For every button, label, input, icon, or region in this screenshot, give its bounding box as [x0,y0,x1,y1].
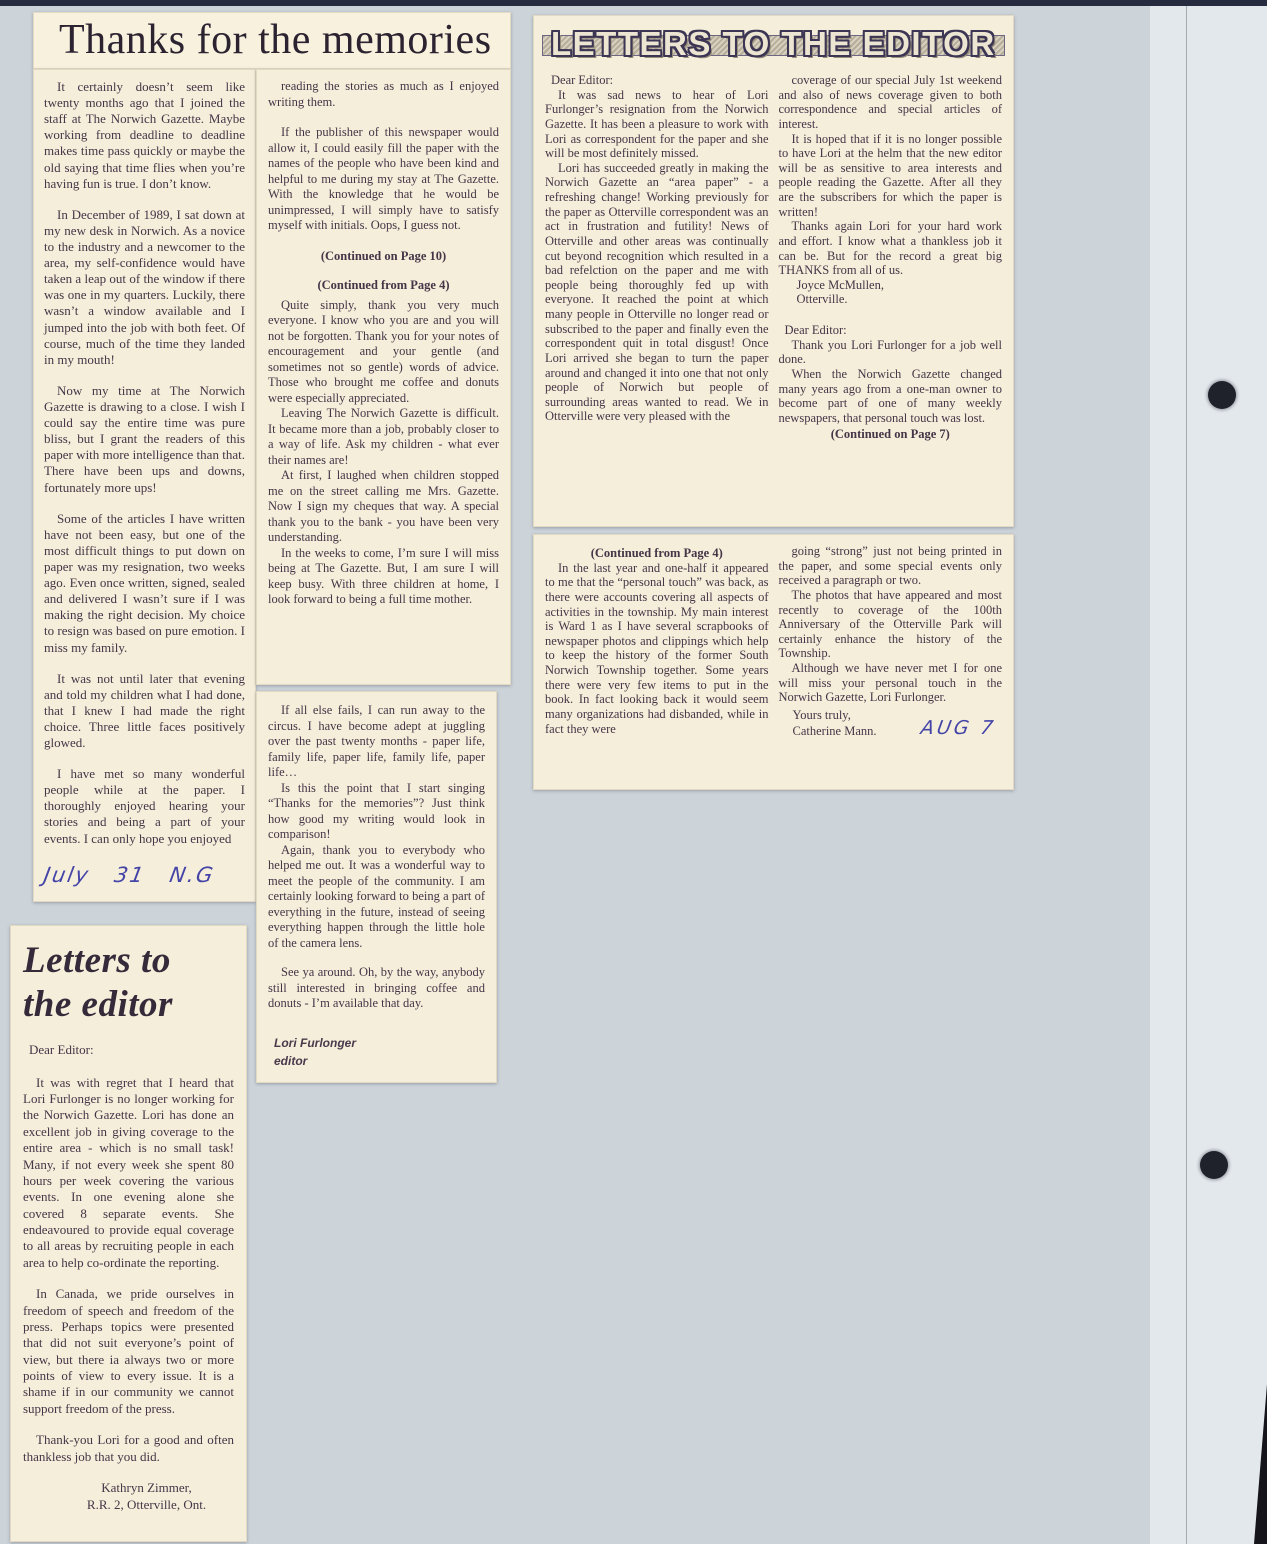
banner-title: LETTERS TO THE EDITOR [551,25,996,63]
paragraph: See ya around. Oh, by the way, anybody s… [268,965,485,1012]
continued-column-1: (Continued from Page 4) In the last year… [545,544,769,739]
handwritten-date-annotation: AUG 7 [919,717,998,739]
continued-column-2: going “strong” just not being printed in… [779,544,1003,739]
paragraph: In the last year and one-half it appeare… [545,561,769,737]
paragraph: Otterville. [779,292,1003,307]
paragraph: Some of the articles I have written have… [44,511,245,656]
letter-paragraphs: coverage of our special July 1st weekend… [779,73,1003,278]
paragraph: The photos that have appeared and most r… [779,588,1003,661]
paragraph: Lori has succeeded greatly in making the… [545,161,769,424]
letters-column-2: coverage of our special July 1st weekend… [779,73,1003,442]
letters-to-editor-small-clipping: Letters tothe editor Dear Editor: It was… [10,925,247,1542]
paragraph: Is this the point that I start singing “… [268,781,485,843]
salutation: Dear Editor: [23,1042,234,1058]
paragraph: Leaving The Norwich Gazette is difficult… [268,406,499,468]
letter-signature: Kathryn Zimmer,R.R. 2, Otterville, Ont. [23,1480,234,1514]
hole-punch [1200,1151,1228,1179]
letter-paragraphs: going “strong” just not being printed in… [779,544,1003,705]
letters-columns: (Continued from Page 4) In the last year… [541,542,1006,741]
paragraph: At first, I laughed when children stoppe… [268,468,499,546]
paragraph: Thank you Lori Furlonger for a job well … [779,338,1003,367]
title-line-1: Letters to [23,940,171,981]
continued-letter-clipping: (Continued from Page 4) In the last year… [533,534,1014,790]
paragraph: Kathryn Zimmer, [23,1480,234,1497]
article-paragraphs: reading the stories as much as I enjoyed… [268,79,499,234]
page-edge-line [1186,6,1187,1544]
article-title: Thanks for the memories [33,12,511,62]
paragraph: coverage of our special July 1st weekend… [779,73,1003,132]
letter-paragraphs: In the last year and one-half it appeare… [545,561,769,737]
continued-on-note: (Continued on Page 7) [779,427,1003,442]
paragraph: Quite simply, thank you very much everyo… [268,298,499,407]
paragraph: Joyce McMullen, [779,278,1003,293]
paragraph: If all else fails, I can run away to the… [268,703,485,781]
letter-signature: Yours truly,Catherine Mann. AUG 7 [779,707,1003,740]
paragraph: Thank-you Lori for a good and often than… [23,1432,234,1465]
article-paragraphs: See ya around. Oh, by the way, anybody s… [268,965,485,1012]
signature-name: Lori Furlonger [268,1034,485,1052]
thanks-article-column-2: reading the stories as much as I enjoyed… [256,69,511,685]
paragraph: going “strong” just not being printed in… [779,544,1003,588]
scrapbook-page: Thanks for the memories It certainly doe… [0,0,1267,1544]
paragraph: Now my time at The Norwich Gazette is dr… [44,383,245,496]
article-paragraphs: If all else fails, I can run away to the… [268,703,485,951]
paragraph: Thanks again Lori for your hard work and… [779,219,1003,278]
continued-from-note: (Continued from Page 4) [268,278,499,294]
paragraph: R.R. 2, Otterville, Ont. [23,1497,234,1514]
continued-on-note: (Continued on Page 10) [268,249,499,265]
letters-to-editor-clipping: LETTERS TO THE EDITOR Dear Editor: It wa… [533,15,1014,527]
continued-from-note: (Continued from Page 4) [545,546,769,561]
letters-to-editor-banner: LETTERS TO THE EDITOR [543,23,1004,67]
paragraph: I have met so many wonderful people whil… [44,766,245,847]
paragraph: Again, thank you to everybody who helped… [268,843,485,952]
paragraph: reading the stories as much as I enjoyed… [268,79,499,110]
letter-paragraphs: Thank you Lori Furlonger for a job well … [779,338,1003,426]
paragraph: Although we have never met I for one wil… [779,661,1003,705]
paragraph: It certainly doesn’t seem like twenty mo… [44,79,245,192]
paragraph: It was with regret that I heard that Lor… [23,1075,234,1272]
editor-signature: Lori Furlonger editor [268,1034,485,1070]
title-line-2: the editor [23,984,173,1025]
handwritten-date-annotation: July 31 N.G [42,862,248,888]
hole-punch [1208,381,1236,409]
article-paragraphs: It certainly doesn’t seem like twenty mo… [44,79,245,847]
paragraph: In December of 1989, I sat down at my ne… [44,207,245,368]
salutation: Dear Editor: [779,323,1003,338]
salutation: Dear Editor: [545,73,769,88]
letter-paragraphs: It was with regret that I heard that Lor… [23,1075,234,1465]
letters-column-1: Dear Editor: It was sad news to hear of … [545,73,769,442]
thanks-article-column-2-continued: If all else fails, I can run away to the… [256,691,497,1083]
paragraph: It is hoped that if it is no longer poss… [779,132,1003,220]
clipping-title: Letters tothe editor [23,939,234,1026]
paragraph: When the Norwich Gazette changed many ye… [779,367,1003,426]
paragraph: It was sad news to hear of Lori Furlonge… [545,88,769,161]
letters-columns: Dear Editor: It was sad news to hear of … [541,71,1006,444]
letter-paragraphs: It was sad news to hear of Lori Furlonge… [545,88,769,424]
scan-edge-top [0,0,1267,6]
paragraph: If the publisher of this newspaper would… [268,125,499,234]
paragraph: In Canada, we pride ourselves in freedom… [23,1286,234,1417]
paragraph: In the weeks to come, I’m sure I will mi… [268,546,499,608]
article-paragraphs: Quite simply, thank you very much everyo… [268,298,499,608]
page-right-margin [1150,6,1267,1544]
thanks-article-column-1: It certainly doesn’t seem like twenty mo… [33,69,256,902]
paragraph: It was not until later that evening and … [44,671,245,752]
thanks-article-headline: Thanks for the memories [33,12,511,69]
letter-signature: Joyce McMullen,Otterville. [779,278,1003,307]
signature-title: editor [268,1052,485,1070]
